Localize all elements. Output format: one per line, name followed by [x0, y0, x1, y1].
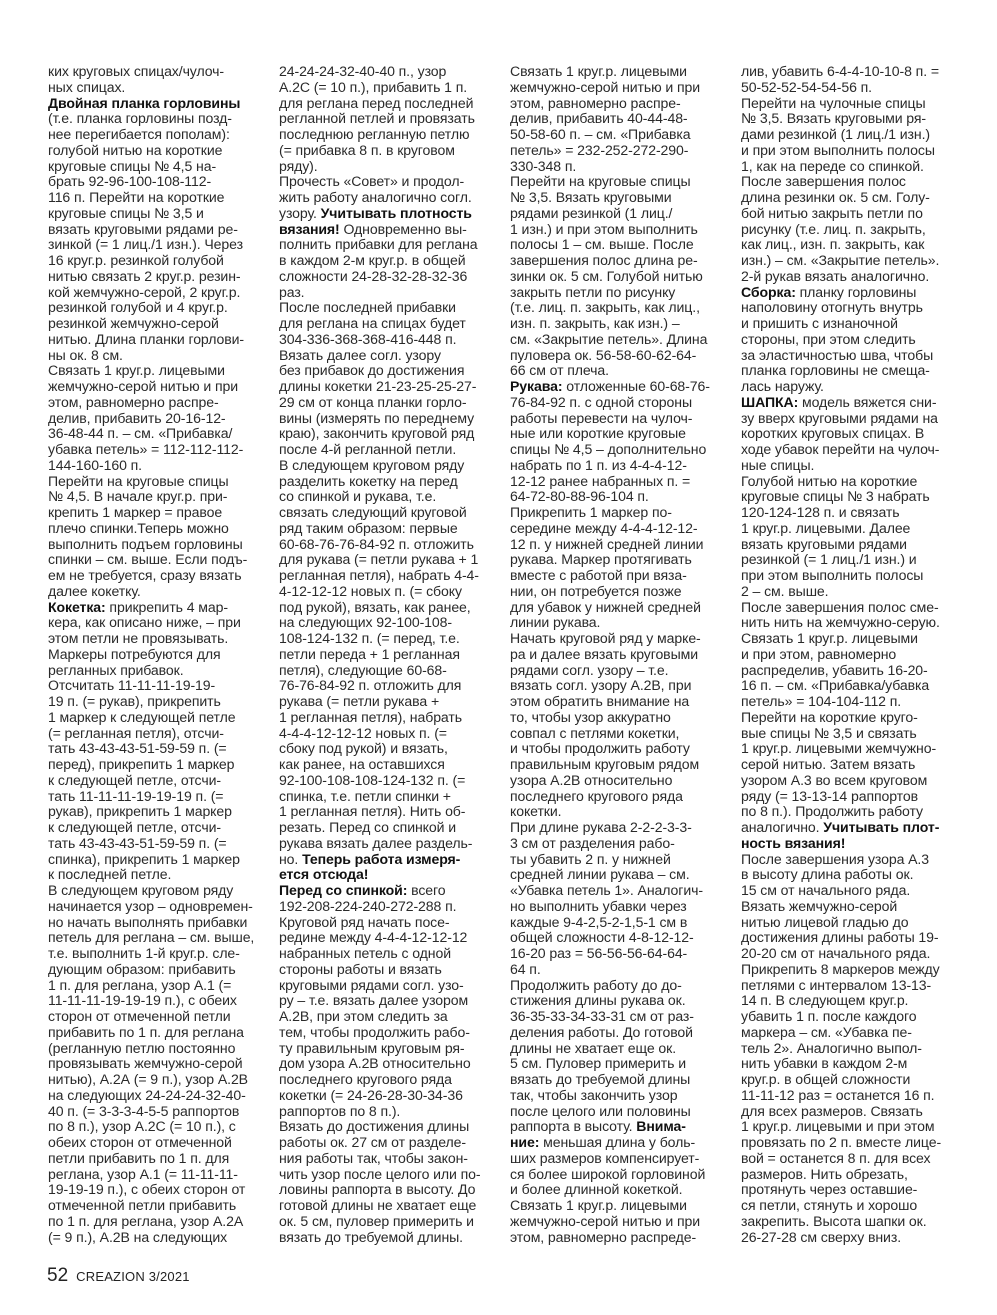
text-line: 4-4-4-12-12-12 новых п. (= [279, 726, 501, 742]
body-text: по 8 п.). Продолжить работу [741, 803, 923, 819]
text-line: (регланную петлю постоянно [48, 1041, 270, 1057]
body-text: (= регланная петля), отсчи- [48, 725, 224, 741]
text-line: редине между 4-4-4-12-12-12 [279, 930, 501, 946]
text-line: раппорта в высоту. Внима- [510, 1119, 732, 1135]
body-text: 1 п. для реглана, узор А.1 (= [48, 977, 231, 993]
body-text: планку горловины [796, 284, 917, 300]
body-text: вязать до требуемой длины [510, 1071, 690, 1087]
text-line: для рукава (= петли рукава + 1 [279, 552, 501, 568]
body-text: работы перевести на чулоч- [510, 410, 692, 426]
body-text: ок. 5 см, пуловер примерить и [279, 1213, 474, 1229]
text-line: круговые спицы № 3 набрать [741, 489, 963, 505]
text-line: но начать выполнять прибавки [48, 915, 270, 931]
body-text: и при этом, равномерно [741, 646, 896, 662]
text-line: вязать до требуемой длины [510, 1072, 732, 1088]
text-line: 76-76-84-92 п. отложить для [279, 678, 501, 694]
text-line: дом узора А.2В относительно [279, 1056, 501, 1072]
text-line: рядами резинкой (1 лиц./ [510, 206, 732, 222]
text-line: прибавить по 1 п. для реглана [48, 1025, 270, 1041]
body-text: рисунку (т.е. лиц. п. закрыть, [741, 221, 926, 237]
body-text: 76-76-84-92 п. отложить для [279, 677, 461, 693]
body-text: раз. [279, 284, 305, 300]
text-line: № 3,5. Вязать круговыми ря- [741, 111, 963, 127]
body-text: 64 п. [510, 961, 541, 977]
text-column-4: лив, убавить 6-4-4-10-10-8 п. =50-52-52-… [741, 64, 963, 1245]
body-text: 24-24-24-32-40-40 п., узор [279, 63, 446, 79]
body-text: 12-12 ранее набранных п. = [510, 473, 690, 489]
text-line: выполнить подъем горловины [48, 537, 270, 553]
body-text: резать. Перед со спинкой и [279, 819, 456, 835]
text-line: длины не хватает еще ок. [510, 1041, 732, 1057]
text-line: 19-19-19 п.), с обеих сторон от [48, 1182, 270, 1198]
text-line: Продолжить работу до до- [510, 978, 732, 994]
body-text: к последней петле. [48, 866, 171, 882]
text-line: далее кокетку. [48, 584, 270, 600]
body-text: «Убавка петель 1». Аналогич- [510, 882, 703, 898]
body-text: средней линии рукава – см. [510, 866, 690, 882]
bold-heading: Сборка: [741, 284, 796, 300]
text-line: середине между 4-4-4-12-12- [510, 521, 732, 537]
page-footer: 52 CREAZION 3/2021 [47, 1265, 190, 1287]
text-line: ту правильным круговым ря- [279, 1041, 501, 1057]
body-text: Связать 1 круг.р. лицевыми [741, 630, 918, 646]
text-line: Кокетка: прикрепить 4 мар- [48, 600, 270, 616]
body-text: Связать 1 круг.р. лицевыми [510, 1197, 687, 1213]
text-line: 11-11-11-19-19-19 п.), с обеих [48, 993, 270, 1009]
body-text: кокетки. [510, 803, 561, 819]
body-text: ряду). [279, 158, 318, 174]
body-text: 4-4-4-12-12-12 новых п. (= [279, 725, 447, 741]
text-line: регланных прибавок. [48, 663, 270, 679]
body-text: перед), прикрепить 1 маркер [48, 756, 234, 772]
body-text: резинкой (= 1 лиц./1 изн.) и [741, 551, 917, 567]
body-text: длины кокетки 21-23-25-25-27- [279, 378, 476, 394]
body-text: этом, равномерно распре- [48, 394, 219, 410]
body-text: для реглана на спицах будет [279, 315, 466, 331]
text-line: ких круговых спицах/чулоч- [48, 64, 270, 80]
text-line: рукава вязать далее раздель- [279, 836, 501, 852]
body-text: 16 п. – см. «Прибавка/убавка [741, 677, 929, 693]
text-line: готовой длины не хватает еще [279, 1198, 501, 1214]
body-text: аналогично. [741, 819, 823, 835]
body-text: последнего кругового ряда [279, 1071, 452, 1087]
body-text: длины не хватает еще ок. [510, 1040, 676, 1056]
body-text: набранных петель с одной [279, 945, 451, 961]
text-line: убавка петель» = 112-112-112- [48, 442, 270, 458]
body-text: работы ок. 27 см от разделе- [279, 1134, 466, 1150]
body-text: нить убавки в каждом 2-м [741, 1055, 907, 1071]
text-line: 14 п. В следующем круг.р. [741, 993, 963, 1009]
text-line: ные или короткие круговые [510, 426, 732, 442]
body-text: спинка, т.е. петли спинки + [279, 788, 451, 804]
text-line: этом петли не провязывать. [48, 631, 270, 647]
text-line: Отсчитать 11-11-11-19-19- [48, 678, 270, 694]
body-text: Перейти на чулочные спицы [741, 95, 926, 111]
text-line: 4-12-12-12 новых п. (= сбоку [279, 584, 501, 600]
body-text: В следующем круговом ряду [48, 882, 233, 898]
text-line: см. «Закрытие петель». Длина [510, 332, 732, 348]
body-text: разделить кокетку на перед [279, 473, 458, 489]
body-text: закрепить. Высота шапки ок. [741, 1213, 927, 1229]
body-text: Вязать до достижения длины [279, 1118, 469, 1134]
body-text: нитью связать 2 круг.р. резин- [48, 268, 240, 284]
body-text: 304-336-368-368-416-448 п. [279, 331, 456, 347]
bold-heading: Перед со спинкой: [279, 882, 407, 898]
text-line: 120-124-128 п. и связать [741, 505, 963, 521]
body-text: 16-20 раз = 56-56-56-64-64- [510, 945, 687, 961]
body-text: круговые спицы № 3 набрать [741, 488, 930, 504]
text-line: «Убавка петель 1». Аналогич- [510, 883, 732, 899]
body-text: совпал с петлями кокетки, [510, 725, 679, 741]
body-text: петля), следующие 60-68- [279, 662, 447, 678]
body-text: Перейти на круговые спицы [510, 173, 691, 189]
body-text: Связать 1 круг.р. лицевыми [510, 63, 687, 79]
text-line: Двойная планка горловины [48, 96, 270, 112]
body-text: готовой длины не хватает еще [279, 1197, 476, 1213]
text-line: Связать 1 круг.р. лицевыми [741, 631, 963, 647]
body-text: вязать круговыми рядами ре- [48, 221, 238, 237]
bold-heading: Внима- [636, 1118, 686, 1134]
body-text: но выполнить убавки через [510, 898, 687, 914]
body-text: делив, прибавить 20-16-12- [48, 410, 226, 426]
text-line: Голубой нитью на короткие [741, 474, 963, 490]
text-line: рисунку (т.е. лиц. п. закрыть, [741, 222, 963, 238]
body-text: линии рукава. [510, 614, 600, 630]
text-line: 60-68-76-76-84-92 п. отложить [279, 537, 501, 553]
body-text: то, чтобы узор аккуратно [510, 709, 671, 725]
body-text: брать 92-96-100-108-112- [48, 173, 211, 189]
body-text: для рукава (= петли рукава + 1 [279, 551, 478, 567]
body-text: 76-84-92 п. с одной стороны [510, 394, 692, 410]
body-text: вины (измерять по переднему [279, 410, 474, 426]
text-line: работы перевести на чулоч- [510, 411, 732, 427]
body-text: круговыми рядами согл. узо- [279, 977, 464, 993]
body-text: Голубой нитью на короткие [741, 473, 917, 489]
body-text: № 3,5. Вязать круговыми [510, 189, 671, 205]
body-text: Прочесть «Совет» и продол- [279, 173, 464, 189]
body-text: сторон от отмеченной петли [48, 1008, 231, 1024]
text-line: После завершения узора А.3 [741, 852, 963, 868]
text-line: убавить 1 п. после каждого [741, 1009, 963, 1025]
text-line: 144-160-160 п. [48, 458, 270, 474]
text-line: (= 9 п.), А.2В на следующих [48, 1230, 270, 1246]
body-text: Перейти на круговые спицы [48, 473, 229, 489]
text-line: аналогично. Учитывать плот- [741, 820, 963, 836]
body-text: при этом выполнить полосы [741, 567, 923, 583]
text-line: 1 изн.) и при этом выполнить [510, 222, 732, 238]
text-line: и при этом выполнить полосы [741, 143, 963, 159]
text-line: ны ок. 8 см. [48, 348, 270, 364]
body-text: 11-11-11-19-19-19 п.), с обеих [48, 992, 237, 1008]
body-text: ся более широкой горловиной [510, 1166, 705, 1182]
body-text: середине между 4-4-4-12-12- [510, 520, 698, 536]
body-text: Прикрепить 1 маркер по- [510, 504, 672, 520]
text-line: краю), закончить круговой ряд [279, 426, 501, 442]
body-text: 144-160-160 п. [48, 457, 142, 473]
body-text: сложности 24-28-32-28-32-36 [279, 268, 467, 284]
body-text: но. [279, 851, 302, 867]
text-line: петель для реглана – см. выше, [48, 930, 270, 946]
text-line: нее перегибается пополам): [48, 127, 270, 143]
body-text: спинка), прикрепить 1 маркер [48, 851, 240, 867]
text-line: за эластичностью шва, чтобы [741, 348, 963, 364]
text-line: начинается узор – одновремен- [48, 899, 270, 915]
body-text: стижения длины рукава ок. [510, 992, 686, 1008]
body-text: 1 круг.р. лицевыми. Далее [741, 520, 910, 536]
body-text: чить узор после целого или по- [279, 1166, 481, 1182]
body-text: 116 п. Перейти на короткие [48, 189, 224, 205]
body-text: 19 п. (= рукав), прикрепить [48, 693, 221, 709]
body-text: т.е. выполнить 1-й круг.р. сле- [48, 945, 240, 961]
text-line: как лиц., изн. п. закрыть, как [741, 237, 963, 253]
body-text: Одновременно вы- [340, 221, 467, 237]
body-text: правильным круговым рядом [510, 756, 699, 772]
body-text: и пришить с изнаночной [741, 315, 898, 331]
text-line: после 4-й регланной петли. [279, 442, 501, 458]
text-line: вязать согл. узору А.2В, при [510, 678, 732, 694]
body-text: Связать 1 круг.р. лицевыми [48, 362, 225, 378]
body-text: ные или короткие круговые [510, 425, 686, 441]
body-text: (регланную петлю постоянно [48, 1040, 235, 1056]
body-text: распределив, убавить 16-20- [741, 662, 928, 678]
body-text: по 1 п. для реглана, узор А.2А [48, 1213, 243, 1229]
body-text: (= 9 п.), А.2В на следующих [48, 1229, 227, 1245]
body-text: ные спицы. [741, 457, 814, 473]
text-line: Перейти на чулочные спицы [741, 96, 963, 112]
text-line: 50-52-52-54-54-56 п. [741, 80, 963, 96]
body-text: Отсчитать 11-11-11-19-19- [48, 677, 215, 693]
text-line: сторон от отмеченной петли [48, 1009, 270, 1025]
body-text: для реглана перед последней [279, 95, 473, 111]
body-text: зинки ок. 5 см. Голубой нитью [510, 268, 703, 284]
text-line: ряду (= 13-13-14 раппортов [741, 789, 963, 805]
body-text: регланной петлей и провязать [279, 110, 475, 126]
text-line: нии, он потребуется позже [510, 584, 732, 600]
text-line: тем, чтобы продолжить рабо- [279, 1025, 501, 1041]
body-text: так, чтобы закончить узор [510, 1087, 677, 1103]
text-line: последнего кругового ряда [279, 1072, 501, 1088]
body-text: убавка петель» = 112-112-112- [48, 441, 243, 457]
body-text: тать 43-43-43-51-59-59 п. (= [48, 835, 227, 851]
text-line: 1 маркер к следующей петле [48, 710, 270, 726]
text-line: узора А.2В относительно [510, 773, 732, 789]
body-text: нитью. Длина планки горлови- [48, 331, 244, 347]
body-text: ряду (= 13-13-14 раппортов [741, 788, 918, 804]
body-text: для убавок у нижней средней [510, 599, 701, 615]
text-line: регланная петля), набрать 4-4- [279, 568, 501, 584]
body-text: После завершения полос сме- [741, 599, 939, 615]
body-text: круговые спицы № 3,5 и [48, 205, 204, 221]
text-line: петель» = 232-252-272-290- [510, 143, 732, 159]
body-text: ты убавить 2 п. у нижней [510, 851, 671, 867]
text-line: ем не требуется, сразу вязать [48, 568, 270, 584]
text-line: и более длинной кокеткой. [510, 1182, 732, 1198]
body-text: В следующем круговом ряду [279, 457, 464, 473]
body-text: но начать выполнять прибавки [48, 914, 247, 930]
text-line: Перейти на короткие круго- [741, 710, 963, 726]
text-line: спицы № 4,5 – дополнительно [510, 442, 732, 458]
text-line: вины (измерять по переднему [279, 411, 501, 427]
text-line: 16 п. – см. «Прибавка/убавка [741, 678, 963, 694]
body-text: полнить прибавки для реглана [279, 236, 478, 252]
text-line: тать 11-11-11-19-19-19 п. (= [48, 789, 270, 805]
text-line: Перейти на круговые спицы [510, 174, 732, 190]
text-line: и чтобы продолжить работу [510, 741, 732, 757]
body-text: После завершения узора А.3 [741, 851, 929, 867]
text-line: кера, как описано ниже, – при [48, 615, 270, 631]
text-line: круговыми рядами согл. узо- [279, 978, 501, 994]
text-line: по 1 п. для реглана, узор А.2А [48, 1214, 270, 1230]
text-line: для реглана на спицах будет [279, 316, 501, 332]
body-text: 12 п. у нижней средней линии [510, 536, 703, 552]
text-line: но выполнить убавки через [510, 899, 732, 915]
text-line: реглана, узор А.1 (= 11-11-11- [48, 1167, 270, 1183]
body-text: Вязать жемчужно-серой [741, 898, 897, 914]
text-line: без прибавок до достижения [279, 363, 501, 379]
body-text: 50-58-60 п. – см. «Прибавка [510, 126, 691, 142]
text-line: А.2С (= 10 п.), прибавить 1 п. [279, 80, 501, 96]
body-text: № 3,5. Вязать круговыми ря- [741, 110, 926, 126]
text-line: лив, убавить 6-4-4-10-10-8 п. = [741, 64, 963, 80]
text-line: резинкой жемчужно-серой [48, 316, 270, 332]
text-line: 1, как на переде со спинкой. [741, 159, 963, 175]
text-line: правильным круговым рядом [510, 757, 732, 773]
body-text: к следующей петле, отсчи- [48, 772, 221, 788]
text-line: в каждом 2-м круг.р. в общей [279, 253, 501, 269]
text-line: дующим образом: прибавить [48, 962, 270, 978]
text-line: резать. Перед со спинкой и [279, 820, 501, 836]
body-text: общей сложности 4-8-12-12- [510, 929, 694, 945]
body-text: ших размеров компенсирует- [510, 1150, 699, 1166]
body-text: тать 43-43-43-51-59-59 п. (= [48, 740, 227, 756]
text-line: 1 п. для реглана, узор А.1 (= [48, 978, 270, 994]
text-line: вязать круговыми рядами [741, 537, 963, 553]
text-line: кокетки (= 24-26-28-30-34-36 [279, 1088, 501, 1104]
text-line: 64-72-80-88-96-104 п. [510, 489, 732, 505]
bold-heading: вязания! [279, 221, 340, 237]
text-line: плечо спинки.Теперь можно [48, 521, 270, 537]
body-text: связать следующий круговой [279, 504, 467, 520]
body-text: в каждом 2-м круг.р. в общей [279, 252, 466, 268]
text-line: (= прибавка 8 п. в круговом [279, 143, 501, 159]
body-text: ряд таким образом: первые [279, 520, 458, 536]
text-line: 2 – см. выше. [741, 584, 963, 600]
text-line: круговые спицы № 4,5 на- [48, 159, 270, 175]
body-text: вязать до требуемой длины. [279, 1229, 463, 1245]
body-text: изн. п. закрыть, как изн.) – [510, 315, 680, 331]
body-text: ных спицах. [48, 79, 125, 95]
body-text: 120-124-128 п. и связать [741, 504, 900, 520]
text-line: кой жемчужно-серой, 2 круг.р. [48, 285, 270, 301]
body-text: 20-20 см от начального ряда. [741, 945, 930, 961]
body-text: нитью лицевой гладью до [741, 914, 908, 930]
body-text: коротких круговых спицах. В [741, 425, 924, 441]
body-text: под рукой), вязать, как ранее, [279, 599, 471, 615]
body-text: узору. [279, 205, 321, 221]
text-line: разделить кокетку на перед [279, 474, 501, 490]
body-text: 1 регланная петля), набрать [279, 709, 462, 725]
text-line: А.2В, при этом следить за [279, 1009, 501, 1025]
text-line: Перед со спинкой: всего [279, 883, 501, 899]
text-line: вязать до требуемой длины. [279, 1230, 501, 1246]
text-line: петли прибавить по 1 п. для [48, 1151, 270, 1167]
body-text: рукава. Маркер протягивать [510, 551, 692, 567]
body-text: голубой нитью на короткие [48, 142, 222, 158]
text-line: петлями с интервалом 13-13- [741, 978, 963, 994]
body-text: по 8 п.), узор А.2С (= 10 п.), с [48, 1118, 236, 1134]
text-line: Прикрепить 1 маркер по- [510, 505, 732, 521]
body-text: реглана, узор А.1 (= 11-11-11- [48, 1166, 238, 1182]
body-text: завершения полос длина ре- [510, 252, 698, 268]
body-text: 1 изн.) и при этом выполнить [510, 221, 698, 237]
text-line: Начать круговой ряд у марке- [510, 631, 732, 647]
body-text: вместе с работой при вяза- [510, 567, 687, 583]
text-line: раппортов по 8 п.). [279, 1104, 501, 1120]
text-line: вязать круговыми рядами ре- [48, 222, 270, 238]
page-number: 52 [47, 1265, 68, 1287]
bold-heading: ние: [510, 1134, 539, 1150]
body-text: маркера – см. «Убавка пе- [741, 1024, 912, 1040]
text-line: стижения длины рукава ок. [510, 993, 732, 1009]
text-line: завершения полос длина ре- [510, 253, 732, 269]
body-text: рядами резинкой (1 лиц./ [510, 205, 672, 221]
body-text: на следующих 92-100-108- [279, 614, 452, 630]
body-text: Перейти на короткие круго- [741, 709, 918, 725]
body-text: резинкой жемчужно-серой [48, 315, 219, 331]
body-text: 50-52-52-54-54-56 п. [741, 79, 872, 95]
text-line: зу вверх круговыми рядами на [741, 411, 963, 427]
text-line: 76-84-92 п. с одной стороны [510, 395, 732, 411]
text-line: Маркеры потребуются для [48, 647, 270, 663]
body-text: после целого или половины [510, 1103, 691, 1119]
text-line: раз. [279, 285, 501, 301]
body-text: Продолжить работу до до- [510, 977, 682, 993]
text-line: по 8 п.). Продолжить работу [741, 804, 963, 820]
body-text: к следующей петле, отсчи- [48, 819, 221, 835]
text-line: на следующих 24-24-24-32-40- [48, 1088, 270, 1104]
text-line: 1 круг.р. лицевыми и при этом [741, 1119, 963, 1135]
body-text: лась наружу. [741, 378, 824, 394]
body-text: рукава (= петли рукава + [279, 693, 439, 709]
text-line: ных спицах. [48, 80, 270, 96]
body-text: вязать круговыми рядами [741, 536, 907, 552]
text-line: обеих сторон от отмеченной [48, 1135, 270, 1151]
text-line: ловины раппорта в высоту. До [279, 1182, 501, 1198]
body-text: редине между 4-4-4-12-12-12 [279, 929, 467, 945]
text-line: серой нитью. Затем вязать [741, 757, 963, 773]
text-line: нитью связать 2 круг.р. резин- [48, 269, 270, 285]
text-line: Вязать жемчужно-серой [741, 899, 963, 915]
text-line: 192-208-224-240-272-288 п. [279, 899, 501, 915]
body-text: петли прибавить по 1 п. для [48, 1150, 229, 1166]
body-text: деления работы. До готовой [510, 1024, 693, 1040]
body-text: за эластичностью шва, чтобы [741, 347, 933, 363]
text-line: зинкой (= 1 лиц./1 изн.). Через [48, 237, 270, 253]
body-text: 15 см от начального ряда. [741, 882, 910, 898]
body-text: краю), закончить круговой ряд [279, 425, 474, 441]
text-line: Вязать далее согл. узору [279, 348, 501, 364]
bold-heading: ШАПКА: [741, 394, 798, 410]
body-text: кера, как описано ниже, – при [48, 614, 241, 630]
body-text: 1 регланная петля). Нить об- [279, 803, 465, 819]
body-text: 1 круг.р. лицевыми и при этом [741, 1118, 934, 1134]
text-line: полосы 1 – см. выше. После [510, 237, 732, 253]
body-text: для всех размеров. Связать [741, 1103, 923, 1119]
text-line: ряд таким образом: первые [279, 521, 501, 537]
text-line: каждые 9-4-2,5-2-1,5-1 см в [510, 915, 732, 931]
body-text: бой нитью закрыть петли по [741, 205, 923, 221]
text-line: тель 2». Аналогично выпол- [741, 1041, 963, 1057]
